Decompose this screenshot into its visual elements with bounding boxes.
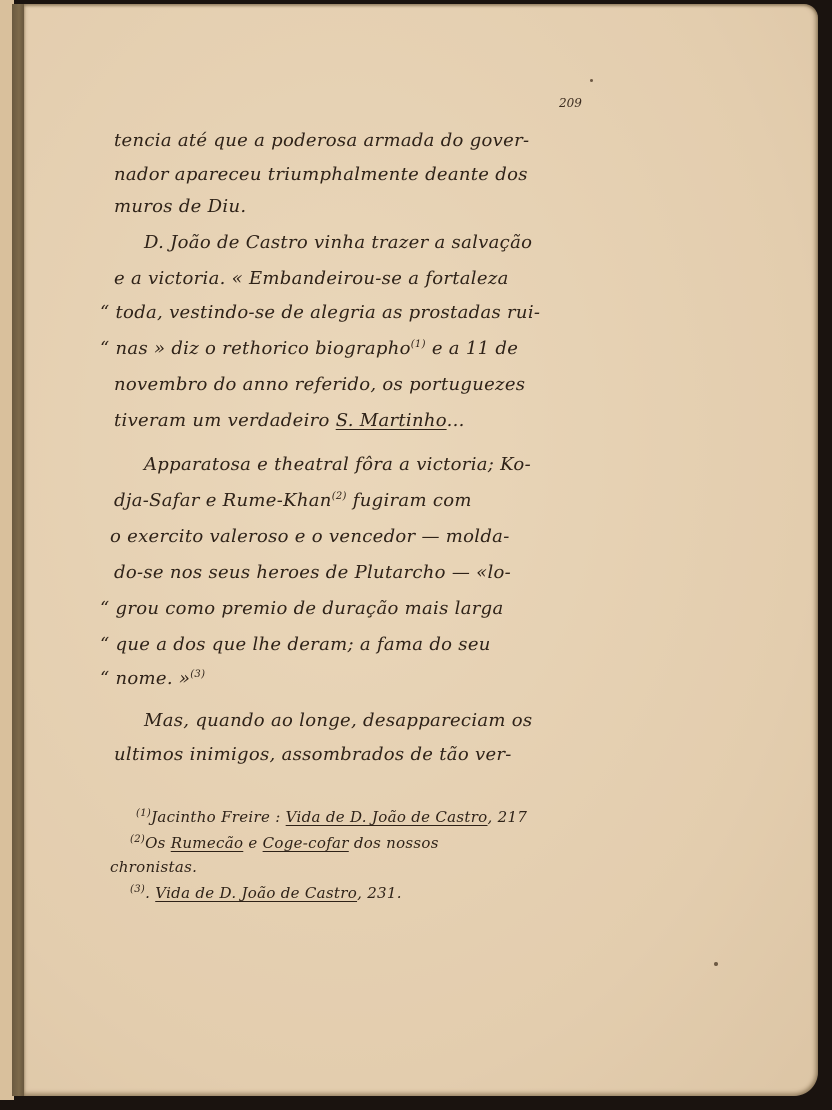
body-line: nador apareceu triumphalmente deante dos (114, 164, 528, 185)
body-line: do-se nos seus heroes de Plutarcho — «lo… (114, 562, 511, 583)
underlined-title: Vida de D. João de Castro (286, 808, 488, 826)
underlined-title: Vida de D. João de Castro (155, 884, 357, 902)
body-text: dja-Safar e Rume-Khan (114, 490, 332, 511)
body-text: e a 11 de (426, 338, 518, 359)
footnote-text: Jacintho Freire : (151, 808, 286, 826)
footnote-text: e (243, 834, 262, 852)
body-line: e a victoria. « Embandeirou-se a fortale… (114, 268, 509, 289)
body-line: Apparatosa e theatral fôra a victoria; K… (144, 454, 531, 475)
footnote-2-continued: chronistas. (110, 858, 197, 876)
page-number: 209 (559, 96, 582, 110)
body-line: “ que a dos que lhe deram; a fama do seu (100, 634, 491, 655)
body-line: D. João de Castro vinha trazer a salvaçã… (144, 232, 532, 253)
body-line: ultimos inimigos, assombrados de tão ver… (114, 744, 512, 765)
footnote-1: (1)Jacintho Freire : Vida de D. João de … (136, 808, 527, 826)
body-line: “ grou como premio de duração mais larga (100, 598, 504, 619)
body-line: Mas, quando ao longe, desappareciam os (144, 710, 532, 731)
paper-blemish (714, 962, 718, 966)
footnote-text: . (145, 884, 155, 902)
body-text: “ nas » diz o rethorico biographo (100, 338, 411, 359)
body-line: “ toda, vestindo-se de alegria as prosta… (100, 302, 540, 323)
body-line: tiveram um verdadeiro S. Martinho... (114, 410, 465, 431)
body-text: tiveram um verdadeiro (114, 410, 336, 431)
body-line: novembro do anno referido, os portugueze… (114, 374, 525, 395)
body-line: “ nas » diz o rethorico biographo(1) e a… (100, 338, 518, 359)
footnote-marker: (2) (130, 834, 145, 845)
footnote-marker: (1) (136, 808, 151, 819)
footnote-text: , 217 (488, 808, 528, 826)
body-line: o exercito valeroso e o vencedor — molda… (110, 526, 510, 547)
footnote-3: (3). Vida de D. João de Castro, 231. (130, 884, 402, 902)
body-text: fugiram com (347, 490, 472, 511)
footnote-text: dos nossos (349, 834, 439, 852)
footnote-ref: (2) (332, 491, 347, 502)
body-line: muros de Diu. (114, 196, 246, 217)
footnote-marker: (3) (130, 884, 145, 895)
body-text: “ nome. » (100, 668, 190, 689)
underlined-text: Rumecão (171, 834, 244, 852)
body-line: dja-Safar e Rume-Khan(2) fugiram com (114, 490, 472, 511)
footnote-text: Os (145, 834, 171, 852)
underlined-text: S. Martinho (336, 410, 447, 431)
body-line: tencia até que a poderosa armada do gove… (114, 130, 529, 151)
body-text: ... (447, 410, 465, 431)
footnote-text: , 231. (357, 884, 402, 902)
body-line: “ nome. »(3) (100, 668, 205, 689)
footnote-2: (2)Os Rumecão e Coge-cofar dos nossos (130, 834, 439, 852)
paper-blemish (590, 79, 593, 82)
footnote-ref: (3) (190, 669, 205, 680)
footnote-ref: (1) (411, 339, 426, 350)
underlined-text: Coge-cofar (263, 834, 349, 852)
